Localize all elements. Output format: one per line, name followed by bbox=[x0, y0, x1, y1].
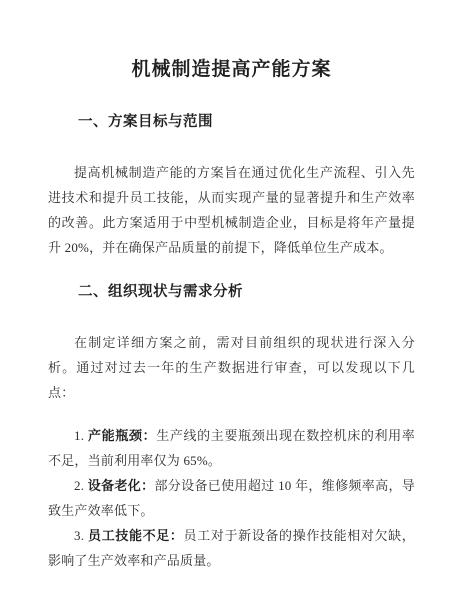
document-title: 机械制造提高产能方案 bbox=[48, 58, 415, 82]
list-item-capacity-bottleneck: 1. 产能瓶颈：生产线的主要瓶颈出现在数控机床的利用率不足，当前利用率仅为 65… bbox=[48, 423, 415, 473]
paragraph-goals-scope: 提高机械制造产能的方案旨在通过优化生产流程、引入先进技术和提升员工技能，从而实现… bbox=[48, 160, 415, 260]
item-label: 设备老化： bbox=[88, 478, 155, 493]
section-heading-goals-scope: 一、方案目标与范围 bbox=[78, 112, 415, 132]
item-number: 3. bbox=[74, 528, 88, 543]
paragraph-status-analysis: 在制定详细方案之前，需对目前组织的现状进行深入分析。通过对过去一年的生产数据进行… bbox=[48, 330, 415, 405]
list-item-staff-skill-gap: 3. 员工技能不足：员工对于新设备的操作技能相对欠缺，影响了生产效率和产品质量。 bbox=[48, 523, 415, 573]
item-label: 员工技能不足： bbox=[88, 528, 184, 543]
list-item-equipment-aging: 2. 设备老化：部分设备已使用超过 10 年，维修频率高，导致生产效率低下。 bbox=[48, 473, 415, 523]
item-number: 1. bbox=[74, 428, 88, 443]
section-heading-status-analysis: 二、组织现状与需求分析 bbox=[78, 282, 415, 302]
item-label: 产能瓶颈： bbox=[88, 428, 156, 443]
item-number: 2. bbox=[74, 478, 88, 493]
findings-list: 1. 产能瓶颈：生产线的主要瓶颈出现在数控机床的利用率不足，当前利用率仅为 65… bbox=[48, 423, 415, 573]
document-page: 机械制造提高产能方案 一、方案目标与范围 提高机械制造产能的方案旨在通过优化生产… bbox=[0, 0, 463, 600]
